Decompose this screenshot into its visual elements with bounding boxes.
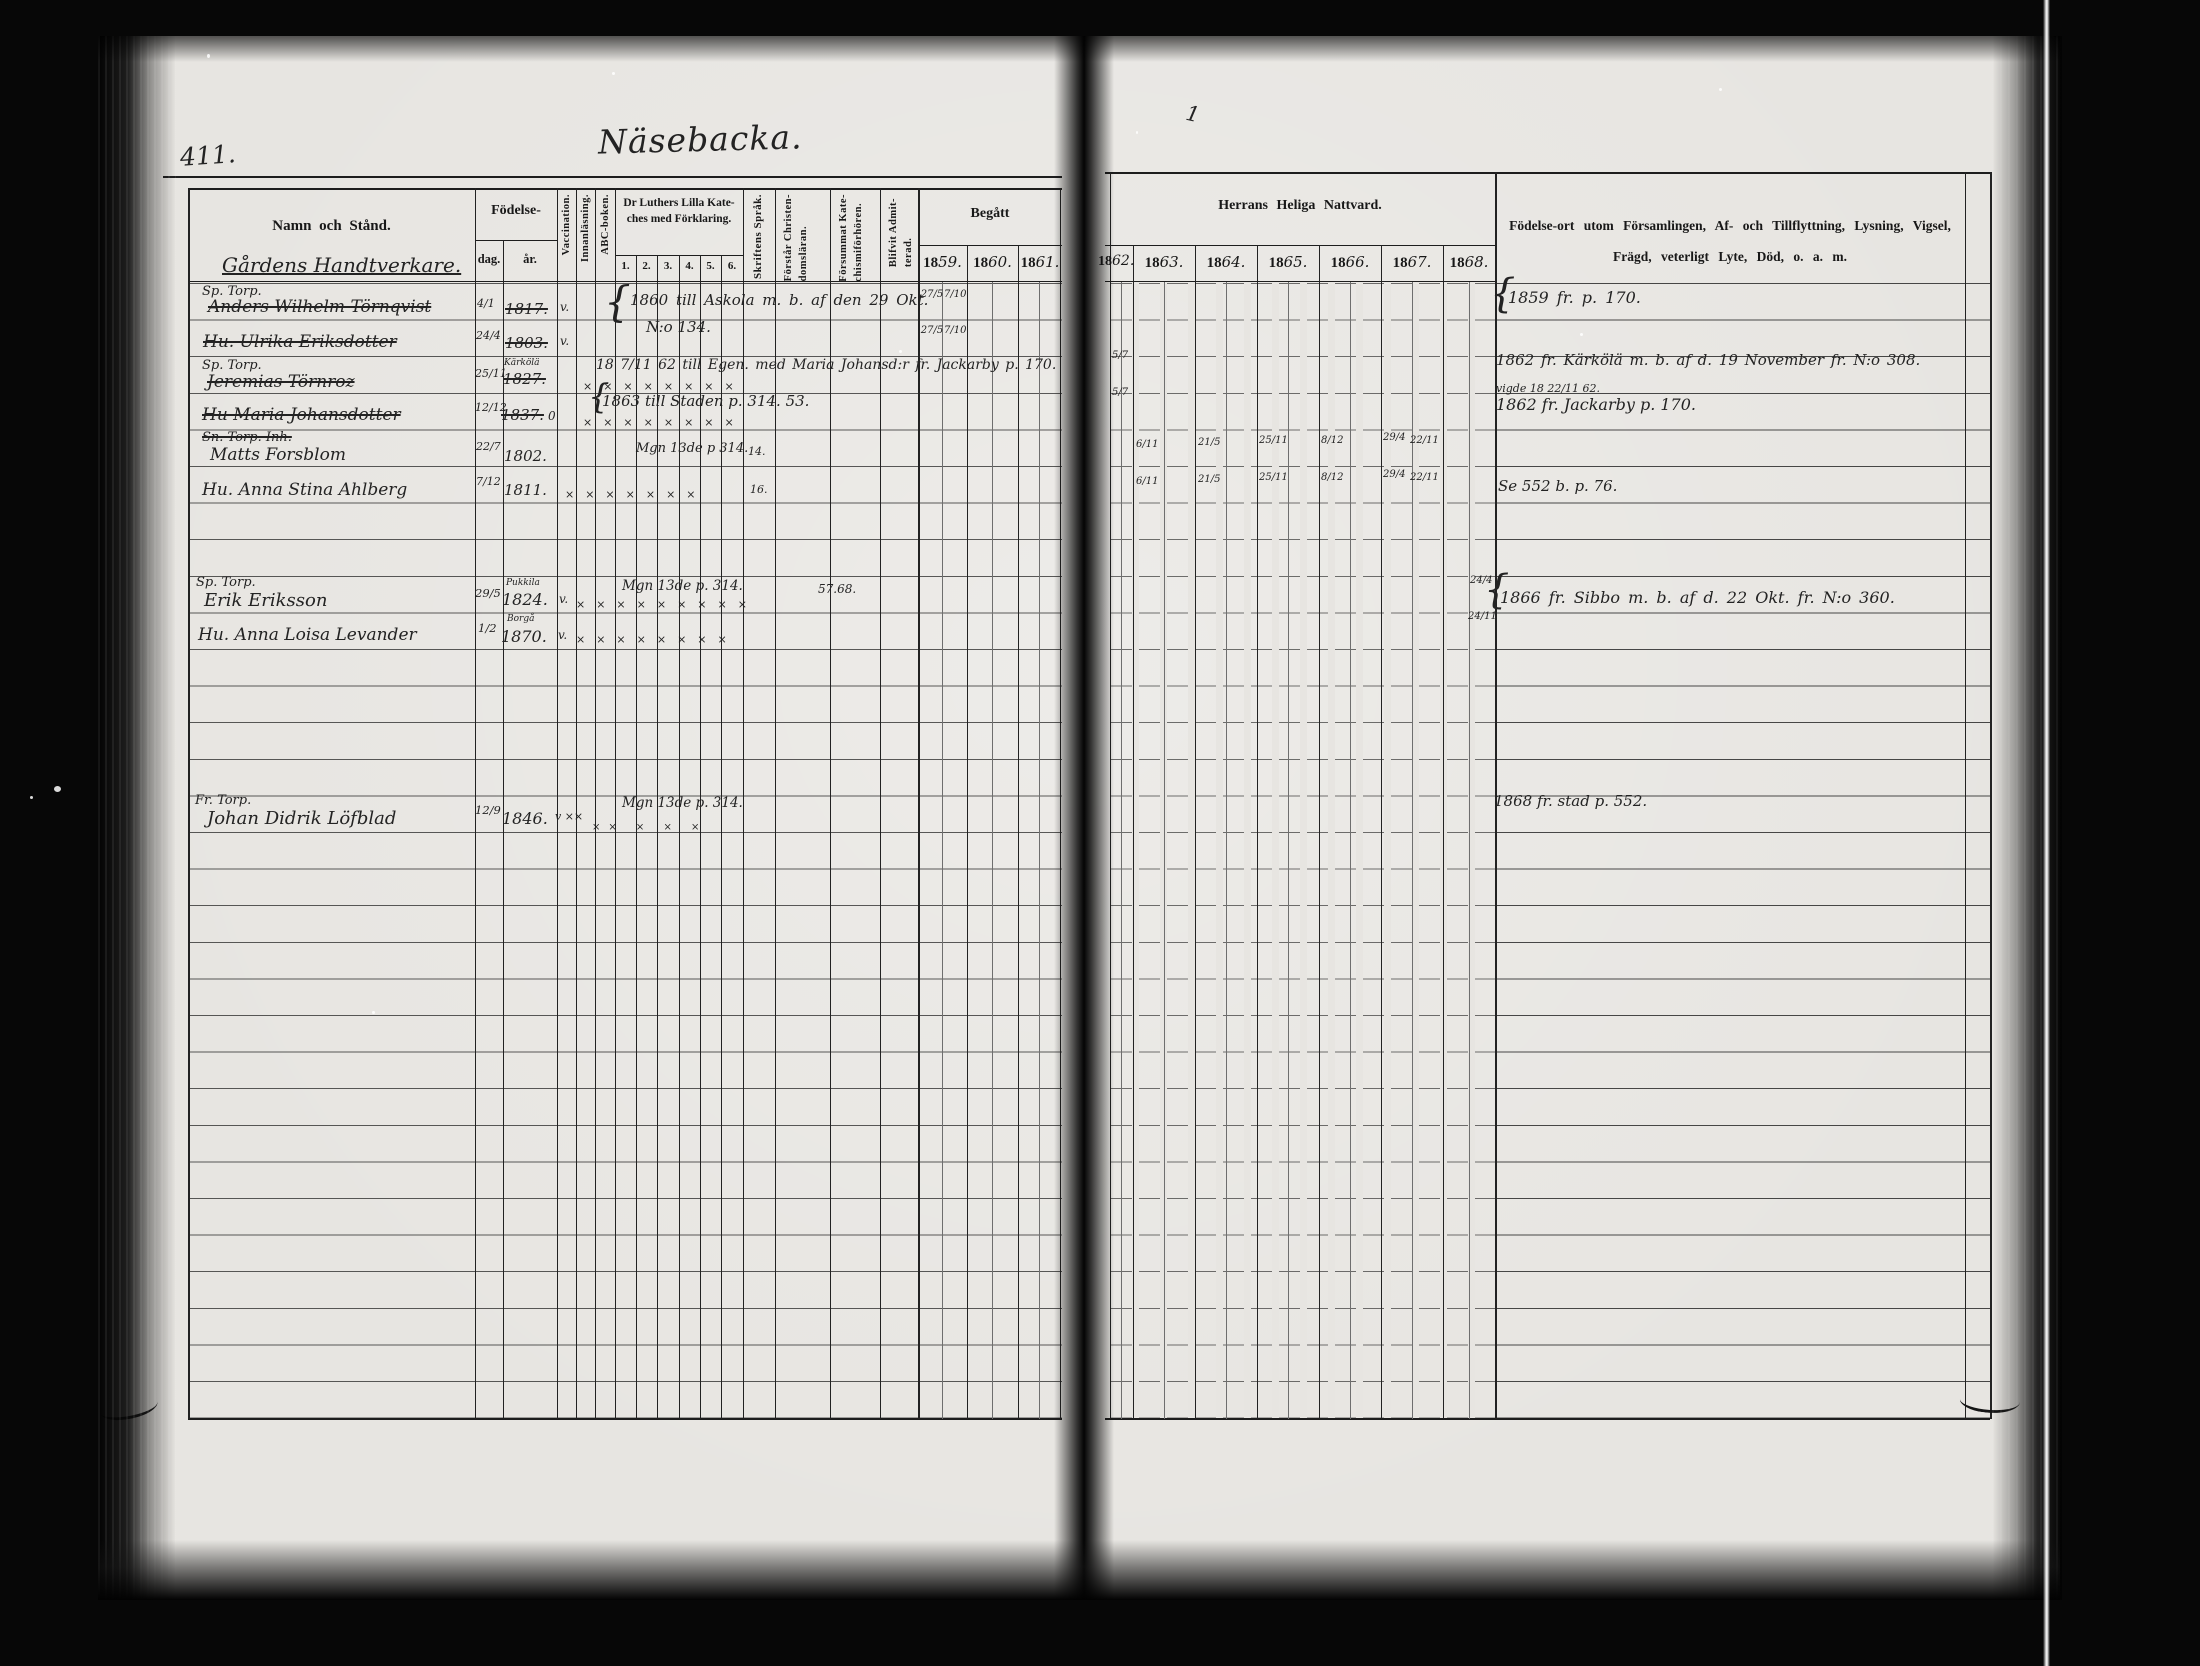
rule — [1105, 1418, 1990, 1420]
dust-speck — [899, 350, 902, 353]
cell-matts-1864: 21/5 — [1198, 437, 1220, 448]
col-header-begatt: Begått — [918, 206, 1062, 222]
row-birthyear-0: 1817. — [505, 300, 548, 318]
row-status-6: Sp. Torp. — [196, 575, 256, 590]
understands-line2: domsläran. — [798, 226, 809, 281]
admitted-line1: Blifvit Admit- — [888, 198, 899, 267]
notes-header-line2: Frägd, veterligt Lyte, Död, o. a. m. — [1613, 249, 1847, 264]
year-prefix: 18 — [1145, 255, 1160, 271]
row-birthday-5: 7/12 — [476, 475, 501, 488]
annotation-staden: 1863 till Staden p. 314. 53. — [602, 392, 809, 410]
year-header-1866: 1866. — [1319, 253, 1381, 272]
rule — [700, 255, 701, 1419]
row-vacc-1: v. — [560, 334, 569, 348]
rule — [1039, 282, 1040, 1419]
row-status-8: Fr. Torp. — [195, 793, 251, 808]
rule — [188, 1418, 1062, 1420]
rule — [1381, 245, 1382, 1419]
cell-anna-1867a: 29/4 — [1383, 469, 1405, 480]
year-header-1863: 1863. — [1133, 253, 1195, 272]
rule — [1443, 245, 1444, 1419]
row-vacc-6: v. — [559, 592, 568, 606]
year-header-1867: 1867. — [1381, 253, 1443, 272]
annotation-no134: N:o 134. — [646, 318, 711, 336]
rule — [1965, 172, 1966, 1419]
cell-matts-1867a: 29/4 — [1383, 432, 1405, 443]
dust-speck — [1580, 333, 1583, 336]
page-stack-edge-left — [98, 36, 176, 1600]
rule — [475, 240, 557, 241]
catechism-col-1: 1. — [615, 260, 636, 272]
year-prefix: 18 — [1331, 255, 1346, 271]
note-jackarby: 1862 fr. Jackarby p. 170. — [1496, 395, 1696, 414]
year-header-1859: 1859. — [918, 253, 967, 272]
communion-1860-r0a: 27/5 — [920, 289, 944, 300]
cell-1862-b: 5/7 — [1112, 387, 1128, 398]
catechism-col-3: 3. — [657, 260, 679, 272]
rule — [918, 245, 1062, 246]
row-birthyear-7: 1870. — [501, 627, 547, 646]
col-header-birth: Födelse- — [475, 203, 557, 219]
rule — [1288, 282, 1289, 1419]
cell-matts-1866: 8/12 — [1321, 435, 1343, 446]
row-name-4: Matts Forsblom — [210, 445, 346, 465]
rule — [557, 188, 558, 1419]
catechism-col-4: 4. — [679, 260, 700, 272]
row-birthyear-5: 1811. — [504, 481, 547, 499]
row-marks-3: ×××××××× — [583, 416, 745, 429]
rule — [967, 245, 968, 1419]
note-sibbo: 1866 fr. Sibbo m. b. af d. 22 Okt. fr. N… — [1500, 588, 1895, 607]
note-1868: 1868 fr. stad p. 552. — [1494, 792, 1647, 810]
rule — [1105, 245, 1495, 246]
rule — [657, 255, 658, 1419]
year-suffix: 66. — [1346, 253, 1370, 271]
catechism-col-5: 5. — [700, 260, 721, 272]
year-prefix: 18 — [1021, 255, 1036, 271]
row-name-0: Anders Wilhelm Törnqvist — [208, 297, 431, 317]
note-se552: Se 552 b. p. 76. — [1498, 477, 1617, 495]
row-birthyear-8: 1846. — [502, 809, 548, 828]
understands-line1: Förstår Christen- — [783, 194, 794, 281]
book-gutter-shadow — [1054, 36, 1114, 1600]
row-note-8: Mgn 13de p. 314. — [622, 795, 743, 811]
catechism-line2: ches med Förklaring. — [627, 213, 731, 225]
dust-speck — [1136, 131, 1138, 134]
rule — [1412, 282, 1413, 1419]
rule — [1133, 245, 1134, 1419]
row-marks-7: ×××××××× — [576, 633, 738, 646]
village-title: Näsebacka. — [598, 117, 803, 161]
page-stack-edge-right — [1992, 36, 2062, 1600]
row-name-5: Hu. Anna Stina Ahlberg — [202, 480, 407, 500]
col-header-scripture: Skriftens Språk. — [751, 194, 767, 279]
rule — [942, 282, 943, 1419]
row-name-3: Hu Maria Johansdotter — [202, 405, 401, 425]
row-extra-6: 57.68. — [818, 582, 856, 596]
year-suffix: 62. — [1112, 253, 1134, 269]
rule — [1105, 172, 1990, 174]
year-suffix: 59. — [938, 253, 962, 271]
year-prefix: 18 — [1450, 255, 1465, 271]
row-birthday-6: 29/5 — [475, 586, 501, 600]
rule — [1121, 282, 1122, 1419]
col-header-abc-book: ABC-boken. — [598, 194, 613, 255]
page-number-left: 411. — [179, 139, 237, 172]
year-header-1868: 1868. — [1443, 253, 1495, 272]
row-marks-6: ××××××××× — [576, 598, 758, 611]
row-vacc-3: 0 — [548, 409, 556, 423]
row-name-7: Hu. Anna Loisa Levander — [198, 625, 417, 645]
row-vacc-0: v. — [560, 300, 569, 314]
row-birthplace-6: Pukkila — [506, 578, 540, 588]
col-header-communion: Herrans Heliga Nattvard. — [1105, 198, 1495, 214]
rule — [1226, 282, 1227, 1419]
rule — [1018, 245, 1019, 1419]
communion-1860-r1b: 7/10 — [944, 325, 966, 336]
row-name-6: Erik Eriksson — [204, 590, 327, 611]
row-birthyear-1: 1803. — [505, 334, 548, 352]
rule — [679, 255, 680, 1419]
dust-speck — [372, 1011, 375, 1014]
col-header-admitted: Blifvit Admit- terad. — [886, 198, 916, 267]
rule — [1469, 282, 1470, 1419]
year-suffix: 63. — [1160, 253, 1184, 271]
rule — [1319, 245, 1320, 1419]
year-prefix: 18 — [1269, 255, 1284, 271]
note-1859: 1859 fr. p. 170. — [1508, 288, 1641, 307]
rule — [992, 282, 993, 1419]
year-suffix: 68. — [1465, 253, 1489, 271]
row-birthday-0: 4/1 — [477, 297, 495, 310]
cell-anna-1863: 6/11 — [1136, 476, 1158, 487]
dust-speck — [207, 54, 210, 58]
rule — [721, 255, 722, 1419]
missed-line1: Försummat Kate- — [838, 194, 849, 282]
row-note-6: Mgn 13de p. 314. — [622, 578, 743, 594]
year-suffix: 60. — [988, 253, 1012, 271]
row-note-4: Mgn 13de p 314. — [636, 441, 748, 456]
dust-speck — [30, 796, 33, 799]
annotation-marriage: 18 7/11 62 till Egen. med Maria Johansd:… — [596, 357, 1056, 373]
year-suffix: 64. — [1222, 253, 1246, 271]
col-header-birth-year: år. — [503, 252, 557, 267]
year-suffix: 67. — [1408, 253, 1432, 271]
catechism-col-6: 6. — [721, 260, 743, 272]
col-header-vaccination: Vaccination. — [559, 194, 574, 255]
rule — [1164, 282, 1165, 1419]
cell-anna-1866: 8/12 — [1321, 472, 1343, 483]
year-prefix: 18 — [923, 255, 938, 271]
group-heading: Gårdens Handtverkare. — [222, 253, 461, 277]
dust-speck — [1719, 88, 1722, 91]
dust-speck — [54, 786, 61, 792]
year-prefix: 18 — [973, 255, 988, 271]
rule — [1195, 245, 1196, 1419]
cell-matts-1863: 6/11 — [1136, 439, 1158, 450]
col-header-catechism: Dr Luthers Lilla Kate- ches med Förklari… — [615, 196, 743, 227]
cell-matts-1865: 25/11 — [1259, 435, 1288, 446]
col-header-understands: Förstår Christen- domsläran. — [781, 194, 811, 281]
row-birthday-1: 24/4 — [476, 329, 501, 342]
row-status-4: Sn. Torp. Inh. — [202, 430, 292, 445]
year-suffix: 65. — [1284, 253, 1308, 271]
note-vigde: vigde 18 22/11 62. — [1496, 382, 1600, 395]
page-edge-bottom — [98, 1540, 2060, 1600]
row-birthday-4: 22/7 — [476, 440, 501, 453]
notes-header-line1: Födelse-ort utom Församlingen, Af- och T… — [1509, 218, 1951, 233]
rule — [188, 188, 1062, 190]
rule — [1350, 282, 1351, 1419]
year-prefix: 18 — [1207, 255, 1222, 271]
rule — [576, 188, 577, 1419]
year-header-1860: 1860. — [967, 253, 1018, 272]
annotation-askola: 1860 till Askola m. b. af den 29 Okt. — [630, 291, 928, 309]
catechism-line1: Dr Luthers Lilla Kate- — [623, 197, 734, 209]
missed-line2: chismiförhören. — [853, 203, 864, 282]
admitted-line2: terad. — [903, 238, 914, 268]
right-year-grid — [1111, 283, 1495, 1420]
col-header-name: Namn och Stånd. — [188, 218, 475, 235]
row-status-2: Sp. Torp. — [202, 358, 262, 373]
row-skrift-4: 14. — [748, 445, 766, 458]
catechism-col-2: 2. — [636, 260, 657, 272]
rule — [188, 188, 190, 1419]
row-vacc-8: v ×× — [555, 810, 583, 823]
year-prefix: 18 — [1393, 255, 1408, 271]
right-notes-grid — [1496, 283, 1990, 1420]
microfilm-frame: Namn och Stånd. Födelse- dag. år. Vaccin… — [0, 0, 2200, 1666]
row-name-2: Jeremias Törnroz — [207, 372, 355, 392]
row-birthyear-6: 1824. — [502, 590, 548, 609]
film-scratch-line — [2043, 0, 2050, 1666]
col-header-notes: Födelse-ort utom Församlingen, Af- och T… — [1500, 210, 1960, 272]
rule — [163, 176, 1062, 178]
cell-anna-1864: 21/5 — [1198, 474, 1220, 485]
year-header-1864: 1864. — [1195, 253, 1257, 272]
row-birthyear-4: 1802. — [504, 447, 547, 465]
row-birthday-7: 1/2 — [478, 621, 497, 635]
row-vacc-7: v. — [558, 628, 567, 642]
row-birthyear-3: 1837. — [501, 406, 544, 424]
rule — [1257, 245, 1258, 1419]
communion-1860-r0b: 7/10 — [944, 289, 966, 300]
annotation-brace-1: { — [604, 283, 631, 321]
communion-1860-r1a: 27/5 — [920, 325, 944, 336]
cell-matts-1867b: 22/11 — [1410, 435, 1439, 446]
row-birthplace-2: Kärkölä — [504, 358, 540, 368]
row-name-8: Johan Didrik Löfblad — [207, 808, 396, 829]
row-marks-8: ×× × × × — [592, 822, 707, 833]
row-skrift-5: 16. — [750, 483, 768, 496]
cell-anna-1865: 25/11 — [1259, 472, 1288, 483]
row-name-1: Hu. Ulrika Eriksdotter — [203, 332, 397, 352]
col-header-missed: Försummat Kate- chismiförhören. — [836, 194, 866, 282]
cell-1862-a: 5/7 — [1112, 350, 1128, 361]
row-marks-5: ××××××× — [565, 488, 707, 501]
note-karkola: 1862 fr. Kärkölä m. b. af d. 19 November… — [1496, 351, 1920, 369]
rule — [636, 255, 637, 1419]
cell-anna-1867b: 22/11 — [1410, 472, 1439, 483]
col-header-birth-day: dag. — [475, 252, 503, 267]
page-edge-top — [98, 36, 2060, 62]
col-header-reading: Innanläsning. — [578, 194, 593, 262]
row-birthplace-7: Borgå — [507, 614, 534, 624]
row-birthday-2: 25/11 — [475, 367, 507, 380]
year-header-1865: 1865. — [1257, 253, 1319, 272]
dust-speck — [612, 72, 615, 75]
row-birthday-8: 12/9 — [475, 803, 501, 817]
row-birthyear-2: 1827. — [503, 370, 546, 388]
